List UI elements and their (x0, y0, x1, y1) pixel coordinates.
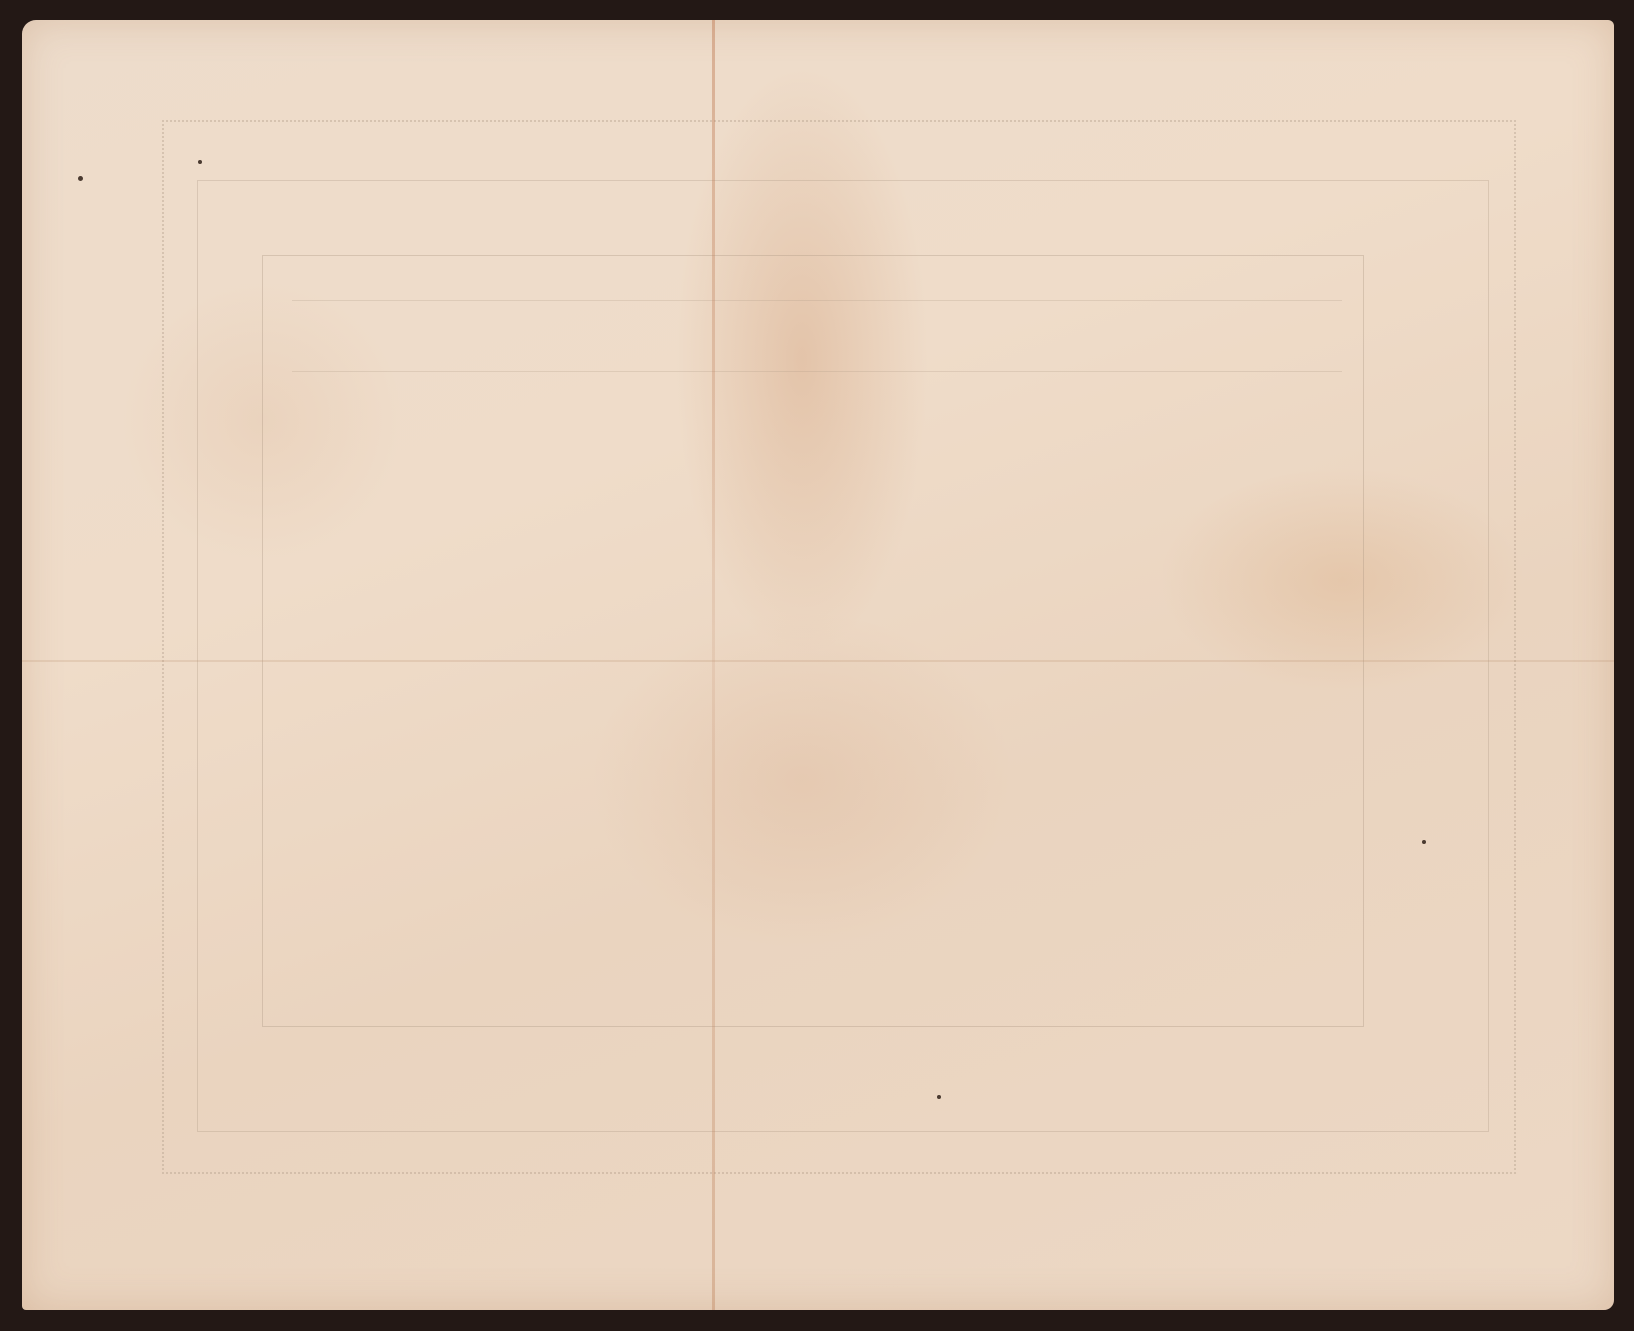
ink-speck (937, 1095, 941, 1099)
ink-speck (198, 160, 202, 164)
vertical-fold-line (712, 20, 715, 1310)
ink-speck (78, 176, 83, 181)
mirrored-header-impression (292, 300, 1342, 372)
banknote-paper (22, 20, 1614, 1310)
ink-speck (1422, 840, 1426, 844)
signature-impression (541, 780, 1384, 940)
horizontal-fold-line (22, 660, 1614, 662)
